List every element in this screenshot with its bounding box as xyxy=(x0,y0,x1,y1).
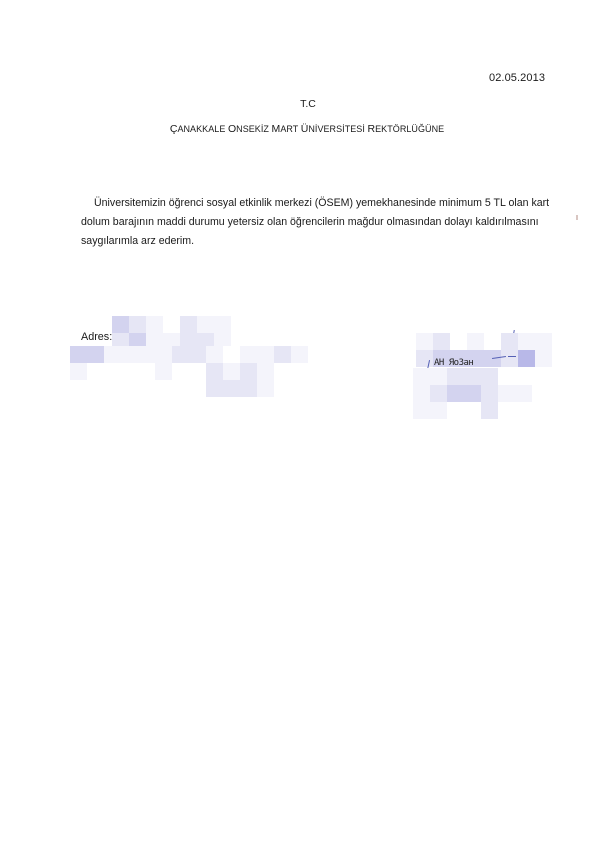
redaction-pixel xyxy=(274,346,291,363)
redaction-pixel xyxy=(308,380,325,397)
redacted-address-block xyxy=(70,346,325,397)
redaction-pixel xyxy=(308,363,325,380)
redaction-pixel xyxy=(498,402,515,419)
redaction-pixel xyxy=(308,346,325,363)
redaction-pixel xyxy=(223,363,240,380)
redaction-pixel xyxy=(70,380,87,397)
document-header: T.C xyxy=(0,98,600,110)
redaction-pixel xyxy=(138,346,155,363)
redaction-pixel xyxy=(206,380,223,397)
redaction-pixel xyxy=(501,350,518,367)
redaction-pixel xyxy=(70,346,87,363)
redaction-pixel xyxy=(257,346,274,363)
redaction-pixel xyxy=(189,363,206,380)
redaction-pixel xyxy=(197,316,214,333)
redaction-pixel xyxy=(515,368,532,385)
redaction-pixel xyxy=(172,380,189,397)
redaction-pixel xyxy=(481,385,498,402)
redaction-pixel xyxy=(206,363,223,380)
redaction-pixel xyxy=(464,385,481,402)
address-label: Adres: xyxy=(81,331,112,343)
redaction-pixel xyxy=(413,368,430,385)
redaction-pixel xyxy=(467,333,484,350)
redaction-pixel xyxy=(104,380,121,397)
redaction-pixel xyxy=(240,363,257,380)
redaction-pixel xyxy=(138,380,155,397)
redaction-pixel xyxy=(498,368,515,385)
redaction-pixel xyxy=(240,380,257,397)
redaction-pixel xyxy=(515,402,532,419)
redaction-pixel xyxy=(416,333,433,350)
redaction-pixel xyxy=(447,368,464,385)
redaction-pixel xyxy=(112,316,129,333)
redaction-pixel xyxy=(291,363,308,380)
document-date: 02.05.2013 xyxy=(489,72,545,84)
redaction-pixel xyxy=(155,346,172,363)
redaction-pixel xyxy=(231,316,248,333)
redaction-pixel xyxy=(447,402,464,419)
redaction-pixel xyxy=(163,316,180,333)
redaction-pixel xyxy=(464,402,481,419)
redaction-pixel xyxy=(180,316,197,333)
redaction-pixel xyxy=(413,402,430,419)
redaction-pixel xyxy=(138,363,155,380)
redaction-pixel xyxy=(535,333,552,350)
redaction-pixel xyxy=(257,363,274,380)
redaction-pixel xyxy=(518,350,535,367)
redaction-pixel xyxy=(433,333,450,350)
redaction-pixel xyxy=(498,385,515,402)
recipient-heading: ÇANAKKALE ONSEKİZ MART ÜNİVERSİTESİ REKT… xyxy=(0,123,600,135)
body-line: dolum barajının maddi durumu yetersiz ol… xyxy=(81,213,551,232)
redacted-signature-block xyxy=(413,368,532,419)
document-page: 02.05.2013 T.C ÇANAKKALE ONSEKİZ MART ÜN… xyxy=(0,0,600,849)
redaction-pixel xyxy=(121,346,138,363)
redaction-pixel xyxy=(535,350,552,367)
redaction-pixel xyxy=(104,346,121,363)
redaction-pixel xyxy=(430,402,447,419)
redaction-pixel xyxy=(274,380,291,397)
scan-artifact-mark xyxy=(576,215,578,220)
redaction-pixel xyxy=(104,363,121,380)
redaction-pixel xyxy=(501,333,518,350)
redaction-pixel xyxy=(430,368,447,385)
redaction-pixel xyxy=(87,346,104,363)
redaction-pixel xyxy=(172,346,189,363)
redaction-pixel xyxy=(206,346,223,363)
redaction-pixel xyxy=(515,385,532,402)
redaction-pixel xyxy=(189,346,206,363)
redaction-pixel xyxy=(450,333,467,350)
redaction-pixel xyxy=(121,363,138,380)
redaction-pixel xyxy=(240,346,257,363)
redaction-pixel xyxy=(172,363,189,380)
petition-body: Üniversitemizin öğrenci sosyal etkinlik … xyxy=(81,194,551,251)
redaction-pixel xyxy=(481,368,498,385)
redaction-pixel xyxy=(481,402,498,419)
redaction-pixel xyxy=(129,316,146,333)
signature-pen-stroke xyxy=(508,356,516,357)
redaction-pixel xyxy=(87,363,104,380)
redaction-pixel xyxy=(430,385,447,402)
redaction-pixel xyxy=(484,333,501,350)
redaction-pixel xyxy=(464,368,481,385)
redaction-pixel xyxy=(223,380,240,397)
redaction-pixel xyxy=(87,380,104,397)
redaction-pixel xyxy=(518,333,535,350)
redaction-pixel xyxy=(274,363,291,380)
redacted-address-block xyxy=(112,316,248,350)
redaction-pixel xyxy=(214,316,231,333)
redaction-pixel xyxy=(146,316,163,333)
redaction-pixel xyxy=(291,380,308,397)
redaction-pixel xyxy=(223,346,240,363)
redaction-pixel xyxy=(189,380,206,397)
redaction-pixel xyxy=(155,363,172,380)
signature-name-fragment: АН ЯоЗан xyxy=(434,358,473,368)
redaction-pixel xyxy=(70,363,87,380)
redaction-pixel xyxy=(413,385,430,402)
redaction-pixel xyxy=(257,380,274,397)
redaction-pixel xyxy=(121,380,138,397)
redaction-pixel xyxy=(291,346,308,363)
body-line: Üniversitemizin öğrenci sosyal etkinlik … xyxy=(81,194,551,213)
redaction-pixel xyxy=(447,385,464,402)
body-line: saygılarımla arz ederim. xyxy=(81,232,551,251)
redaction-pixel xyxy=(155,380,172,397)
redaction-pixel xyxy=(416,350,433,367)
